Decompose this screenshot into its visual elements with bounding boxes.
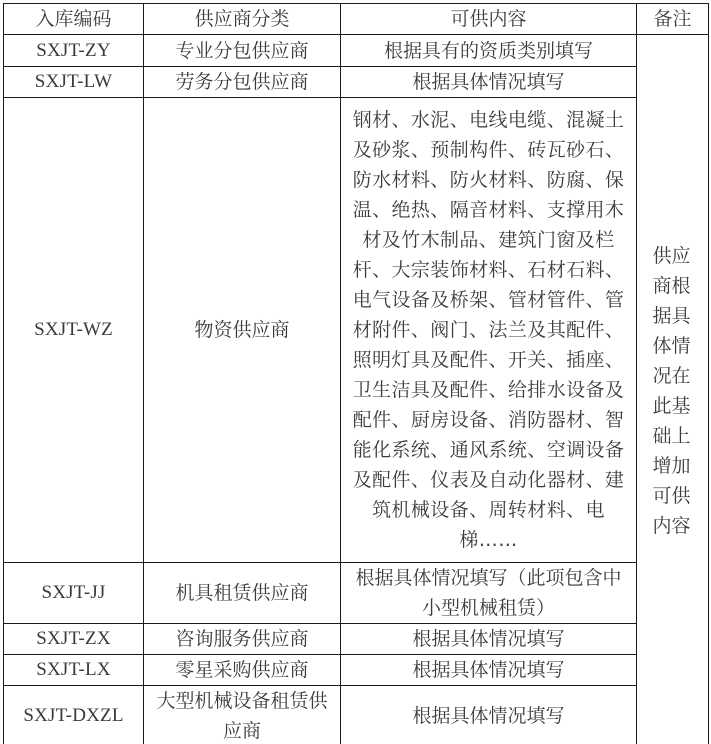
content-cell: 根据具体情况填写 xyxy=(341,686,637,744)
header-category: 供应商分类 xyxy=(144,4,341,35)
code-cell: SXJT-ZY xyxy=(4,35,144,67)
code-cell: SXJT-ZX xyxy=(4,624,144,655)
header-content: 可供内容 xyxy=(341,4,637,35)
content-cell: 根据具体情况填写 xyxy=(341,655,637,686)
table-row: SXJT-LW 劳务分包供应商 根据具体情况填写 xyxy=(4,67,709,98)
content-cell: 根据具体情况填写（此项包含中小型机械租赁） xyxy=(341,563,637,624)
code-cell: SXJT-JJ xyxy=(4,563,144,624)
table-row: SXJT-LX 零星采购供应商 根据具体情况填写 xyxy=(4,655,709,686)
table-row: SXJT-ZX 咨询服务供应商 根据具体情况填写 xyxy=(4,624,709,655)
supplier-classification-table: 入库编码 供应商分类 可供内容 备注 SXJT-ZY 专业分包供应商 根据具有的… xyxy=(3,3,709,744)
note-cell: 供应商根据具体情况在此基础上增加可供内容 xyxy=(637,35,709,744)
content-cell: 钢材、水泥、电线电缆、混凝土及砂浆、预制构件、砖瓦砂石、防水材料、防火材料、防腐… xyxy=(341,98,637,563)
table-row: SXJT-DXZL 大型机械设备租赁供应商 根据具体情况填写 xyxy=(4,686,709,744)
header-note: 备注 xyxy=(637,4,709,35)
table-row: SXJT-ZY 专业分包供应商 根据具有的资质类别填写 供应商根据具体情况在此基… xyxy=(4,35,709,67)
category-cell: 零星采购供应商 xyxy=(144,655,341,686)
header-code: 入库编码 xyxy=(4,4,144,35)
note-text: 供应商根据具体情况在此基础上增加可供内容 xyxy=(653,241,693,541)
header-row: 入库编码 供应商分类 可供内容 备注 xyxy=(4,4,709,35)
category-cell: 专业分包供应商 xyxy=(144,35,341,67)
code-cell: SXJT-DXZL xyxy=(4,686,144,744)
code-cell: SXJT-WZ xyxy=(4,98,144,563)
table-row: SXJT-WZ 物资供应商 钢材、水泥、电线电缆、混凝土及砂浆、预制构件、砖瓦砂… xyxy=(4,98,709,563)
category-cell: 机具租赁供应商 xyxy=(144,563,341,624)
category-cell: 大型机械设备租赁供应商 xyxy=(144,686,341,744)
category-cell: 物资供应商 xyxy=(144,98,341,563)
content-cell: 根据具体情况填写 xyxy=(341,624,637,655)
category-cell: 劳务分包供应商 xyxy=(144,67,341,98)
content-cell: 根据具体情况填写 xyxy=(341,67,637,98)
code-cell: SXJT-LX xyxy=(4,655,144,686)
code-cell: SXJT-LW xyxy=(4,67,144,98)
table-row: SXJT-JJ 机具租赁供应商 根据具体情况填写（此项包含中小型机械租赁） xyxy=(4,563,709,624)
category-cell: 咨询服务供应商 xyxy=(144,624,341,655)
content-cell: 根据具有的资质类别填写 xyxy=(341,35,637,67)
